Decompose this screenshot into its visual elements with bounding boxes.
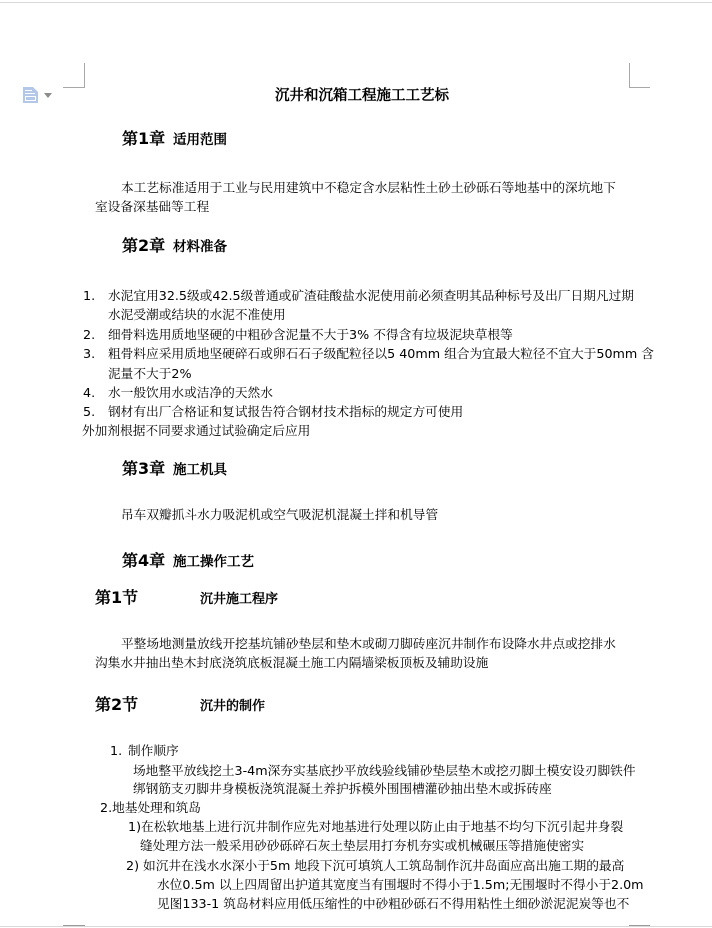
list-item-text: 水一般饮用水或洁净的天然水 — [108, 385, 273, 400]
scope-paragraph-line: 本工艺标准适用于工业与民用建筑中不稳定含水层粘性土砂土砂砾石等地基中的深坑地下 — [121, 180, 616, 195]
procedure-paragraph-line: 沟集水井抽出垫木封底浇筑底板混凝土施工内隔墙梁板顶板及辅助设施 — [95, 655, 488, 670]
list-marker: 5. — [83, 404, 95, 419]
crop-mark-top-right-horizontal — [629, 87, 650, 88]
scope-paragraph-line: 室设备深基础等工程 — [95, 199, 209, 214]
document-page: 沉井和沉箱工程施工工艺标 第1章 适用范围 本工艺标准适用于工业与民用建筑中不稳… — [0, 0, 712, 928]
sublist-item-heading: 2.地基处理和筑岛 — [100, 800, 201, 815]
sublist-item-text: 绑钢筋支刃脚井身模板浇筑混凝土养护拆模外围围槽灌砂抽出垫木或拆砖座 — [133, 781, 552, 796]
sublist-item-text: 水位0.5m 以上四周留出护道其宽度当有围堰时不得小于1.5m;无围堰时不得小于… — [157, 877, 644, 892]
sublist-marker: 1. — [110, 743, 122, 758]
crop-mark-bottom-left — [63, 925, 85, 926]
chapter-2-title: 材料准备 — [173, 240, 227, 255]
list-marker: 3. — [83, 346, 95, 361]
admixture-paragraph-line: 外加剂根据不同要求通过试验确定后应用 — [82, 423, 310, 438]
procedure-paragraph-line: 平整场地测量放线开挖基坑铺砂垫层和垫木或砌刀脚砖座沉井制作布设降水井点或挖排水 — [121, 636, 616, 651]
crop-mark-top-left-vertical — [84, 63, 85, 88]
list-marker: 2. — [83, 327, 95, 342]
section-2-title: 沉井的制作 — [200, 699, 265, 714]
chapter-3-title: 施工机具 — [173, 463, 227, 478]
section-2-number: 第2节 — [95, 696, 138, 714]
chapter-1-title: 适用范围 — [173, 133, 227, 148]
paste-document-icon — [23, 87, 38, 103]
list-item-text: 粗骨料应采用质地坚硬碎石或卵石石子级配粒径以5 40mm 组合为宜最大粒径不宜大… — [108, 346, 654, 361]
sublist-item-title: 制作顺序 — [128, 743, 179, 758]
section-1-title: 沉井施工程序 — [200, 592, 278, 607]
page-fold-icon — [33, 87, 38, 92]
chapter-2-number: 第2章 — [122, 237, 165, 255]
list-item-text: 水泥宜用32.5级或42.5级普通或矿渣硅酸盐水泥使用前必须查明其品种标号及出厂… — [108, 288, 634, 303]
document-title: 沉井和沉箱工程施工工艺标 — [95, 88, 629, 104]
sublist-item-text: 1)在松软地基上进行沉井制作应先对地基进行处理以防止由于地基不均匀下沉引起井身裂 — [128, 819, 623, 834]
chapter-3-number: 第3章 — [122, 460, 165, 478]
list-item-text: 泥量不大于2% — [108, 366, 192, 381]
section-1-number: 第1节 — [95, 589, 138, 607]
list-marker: 1. — [83, 288, 95, 303]
list-marker: 4. — [83, 385, 95, 400]
page-bottom-edge — [0, 926, 712, 927]
machinery-paragraph-line: 吊车双瓣抓斗水力吸泥机或空气吸泥机混凝土拌和机导管 — [121, 507, 438, 522]
crop-mark-top-left-horizontal — [63, 87, 85, 88]
sublist-item-text: 见图133-1 筑岛材料应用低压缩性的中砂粗砂砾石不得用粘性土细砂淤泥泥炭等也不 — [157, 896, 629, 911]
sublist-item-text: 缝处理方法一般采用砂砂砾碎石灰土垫层用打夯机夯实或机械碾压等措施使密实 — [140, 838, 584, 853]
crop-mark-top-right-vertical — [629, 63, 630, 88]
list-item-text: 水泥受潮或结块的水泥不准使用 — [108, 307, 286, 322]
sublist-item-text: 场地整平放线挖土3-4m深夯实基底抄平放线验线铺砂垫层垫木或挖刃脚土模安设刃脚铁… — [133, 763, 636, 778]
list-item-text: 钢材有出厂合格证和复试报告符合钢材技术指标的规定方可使用 — [108, 404, 463, 419]
crop-mark-bottom-right — [629, 925, 650, 926]
chapter-4-title: 施工操作工艺 — [173, 555, 254, 570]
page-top-edge — [0, 2, 712, 3]
list-item-text: 细骨料选用质地坚硬的中粗砂含泥量不大于3% 不得含有垃圾泥块草根等 — [108, 327, 513, 342]
chapter-4-number: 第4章 — [122, 552, 165, 570]
paste-options-button[interactable] — [21, 85, 53, 105]
chevron-down-icon[interactable] — [44, 93, 52, 98]
sublist-item-text: 2) 如沉井在浅水水深小于5m 地段下沉可填筑人工筑岛制作沉井岛面应高出施工期的… — [126, 858, 624, 873]
chapter-1-number: 第1章 — [122, 130, 165, 148]
